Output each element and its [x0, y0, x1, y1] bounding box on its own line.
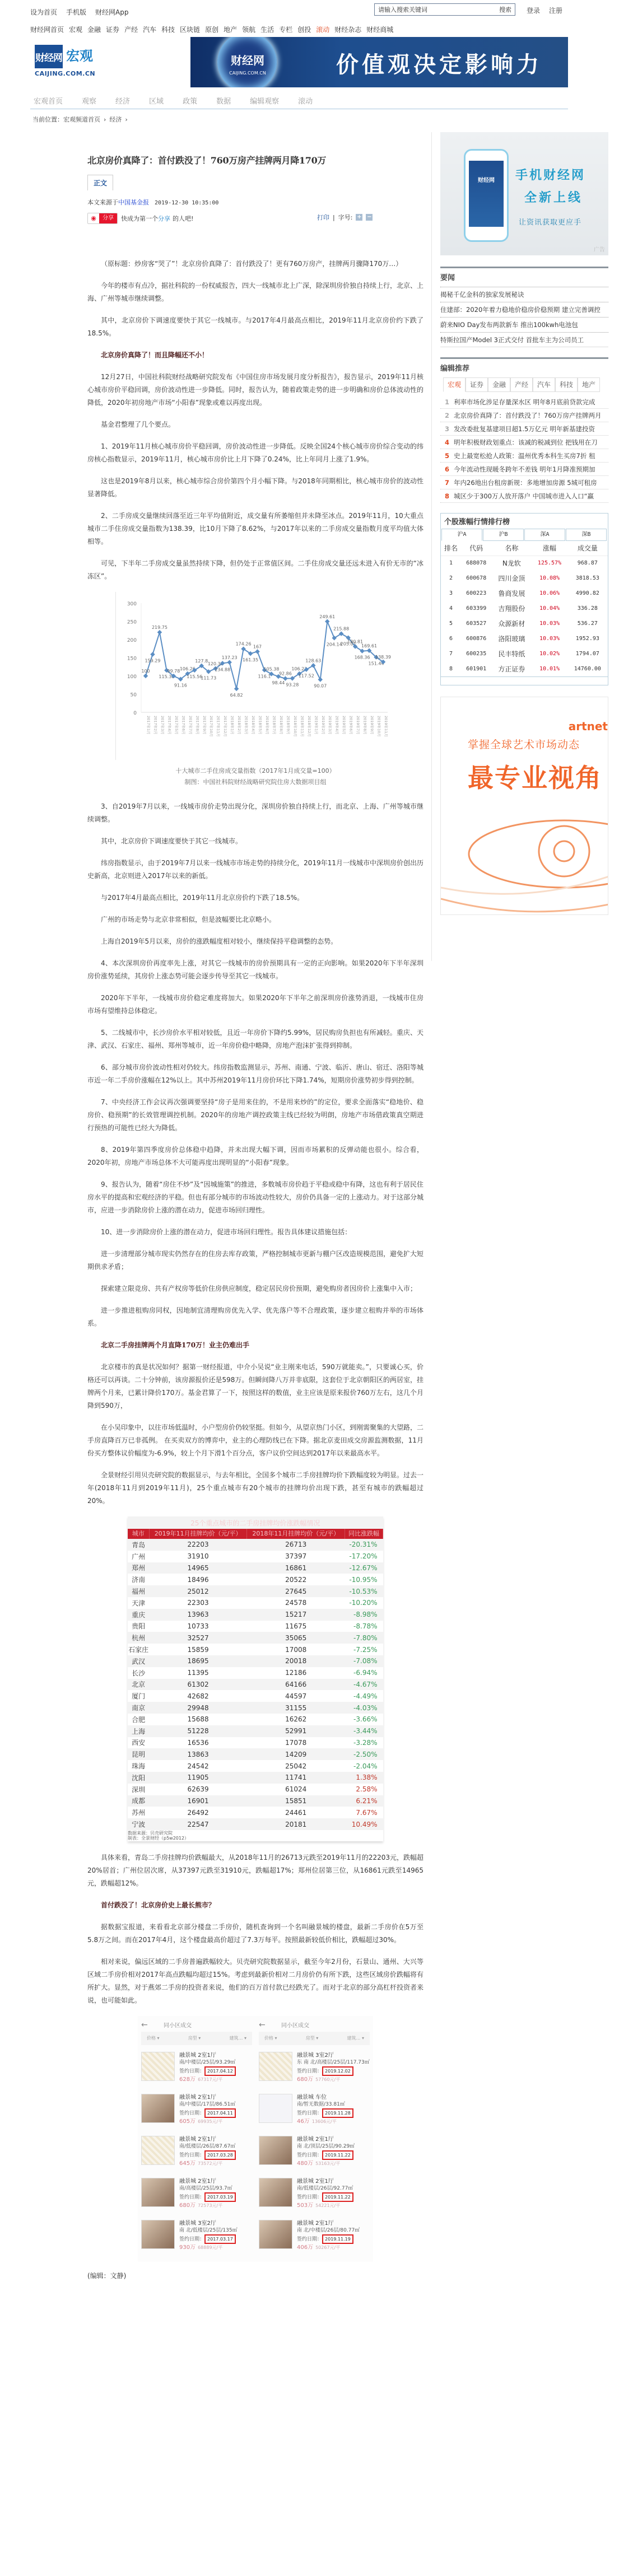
news-item[interactable]: 特斯拉国产Model 3正式交付 首批车主为公司员工: [440, 332, 608, 347]
table-cell: 天津: [128, 1597, 149, 1609]
deal-info: 融景城 2室1厅南 北/中楼层/26层/80.77㎡签约日期：2019.11.1…: [297, 2220, 360, 2252]
stock-cell: 10.01%: [532, 661, 567, 676]
paragraph: 进一步清理部分城市现实仍然存在的住房去库存政策，严格控制城市更新与棚户区改造规模…: [87, 1248, 423, 1273]
stock-row[interactable]: 6600876洛阳玻璃10.03%1952.93: [441, 631, 608, 646]
paragraph: 6、部分城市房价波动性相对仍较大。纬房指数监测显示，苏州、南通、宁波、临沂、唐山…: [87, 1061, 423, 1087]
channel-nav-item[interactable]: 编辑观察: [246, 95, 279, 106]
table-cell: 贵阳: [128, 1621, 149, 1632]
weibo-icon: ◉: [88, 213, 99, 223]
stock-cell: 7: [441, 646, 461, 661]
table-cell: 上海: [128, 1725, 149, 1737]
main-nav-item[interactable]: 区块链: [180, 25, 200, 34]
paragraph: 7、中央经济工作会议再次强调要坚持“房子是用来住的，不是用来炒的”的定位，要求全…: [87, 1096, 423, 1135]
deal-info: 融景城 2室1厅南/高楼层/25层/93.7㎡签约日期：2017.03.1968…: [179, 2178, 236, 2210]
unit-price: 68889元/平: [198, 2245, 222, 2250]
svg-text:2018年4月: 2018年4月: [251, 716, 256, 735]
rank-number: 8: [445, 489, 454, 503]
table-cell: 北京: [128, 1679, 149, 1691]
main-nav-item[interactable]: 生活: [260, 25, 274, 34]
table-row: 天津2230324578-10.20%: [128, 1597, 383, 1609]
table-cell: 11905: [149, 1772, 247, 1784]
eye-illustration: [441, 697, 608, 915]
back-arrow-icon[interactable]: ←: [141, 2020, 164, 2029]
table-row: 苏州26492244617.67%: [128, 1807, 383, 1818]
stock-row[interactable]: 5603527众源新材10.03%536.27: [441, 616, 608, 631]
total-price: 46万: [297, 2118, 310, 2125]
deal-item[interactable]: 融景城 2室1厅南/中楼层/17层/86.51㎡签约日期：2017.04.116…: [141, 2092, 252, 2134]
breadcrumb-item[interactable]: 宏观频道首页: [63, 116, 100, 123]
stock-cell: 鲁商发展: [491, 586, 532, 601]
main-nav-item[interactable]: 证券: [106, 25, 119, 34]
sign-date-label: 签约日期：: [179, 2195, 204, 2200]
svg-text:2018年11月: 2018年11月: [300, 716, 305, 737]
top-link[interactable]: 手机版: [66, 7, 86, 17]
svg-text:200: 200: [127, 638, 137, 643]
chart-credit: 制图：中国社科院财经战略研究院住房大数据项目组: [87, 777, 423, 788]
deal-item[interactable]: 融景城 2室1厅南/中楼层/25层/93.29㎡签约日期：2017.04.126…: [141, 2050, 252, 2092]
news-item[interactable]: 住建部：2020年着力稳地价稳房价稳预期 建立完善调控: [440, 302, 608, 317]
market-tab[interactable]: 深A: [524, 529, 565, 541]
line-chart: 050100150200250300100159.29219.75115.389…: [116, 592, 396, 760]
stock-cell: 601901: [461, 661, 491, 676]
breadcrumb-separator: ›: [125, 116, 127, 123]
table-row: 福州2501227645-10.53%: [128, 1585, 383, 1597]
table-cell: 32527: [149, 1632, 247, 1644]
table-cell: 郑州: [128, 1562, 149, 1574]
top-link[interactable]: 财经网App: [95, 7, 128, 17]
channel-nav-item[interactable]: 观察: [78, 95, 96, 106]
svg-text:2018年12月: 2018年12月: [307, 716, 312, 737]
total-price: 406万: [297, 2244, 313, 2251]
paragraph: 3、自2019年7月以来，一线城市房价走势出现分化，深圳房价独自持续上行，而北京…: [87, 800, 423, 826]
tab-industry[interactable]: 产经: [510, 377, 533, 392]
rank-title: 史上最宽松抢人政策：温州优秀本科生买房7折 租: [454, 452, 595, 460]
main-nav-item[interactable]: 财经网首页: [30, 25, 64, 34]
paragraph: 2020年下半年，一线城市房价稳定难度将加大。如果2020年下半年之前深圳房价涨…: [87, 992, 423, 1018]
sign-date-label: 签约日期：: [297, 2237, 322, 2242]
svg-text:115.56: 115.56: [187, 674, 202, 679]
channel-name: 宏观: [66, 45, 93, 64]
table-cell: 珠海: [128, 1760, 149, 1772]
column-header: 城市: [128, 1529, 149, 1539]
svg-text:2018年5月: 2018年5月: [258, 716, 263, 735]
main-nav-item[interactable]: 财经杂志: [334, 25, 361, 34]
channel-nav: 宏观首页观察经济区域政策数据编辑观察滚动: [30, 92, 602, 109]
table-cell: -10.95%: [345, 1574, 383, 1585]
svg-text:111.73: 111.73: [201, 675, 216, 680]
rank-title: 年内26地出台租房新规：多地增加房源 5城可租房: [454, 479, 597, 487]
channel-nav-item[interactable]: 经济: [112, 95, 130, 106]
svg-text:2017年7月: 2017年7月: [188, 716, 193, 735]
ranked-news-item[interactable]: 2北京房价真降了：首付跌没了！760万房产挂牌两月: [440, 409, 608, 422]
deal-column: ←同小区成交价格 ▾房型 ▾建筑… ▾融景城 2室1厅南/中楼层/25层/93.…: [138, 2016, 255, 2262]
unit-price: 13606元/平: [312, 2119, 337, 2124]
deal-item[interactable]: 融景城 2室1厅南/低楼层/26层/92.77㎡签约日期：2019.11.225…: [259, 2176, 370, 2218]
svg-text:174.26: 174.26: [236, 642, 252, 647]
sign-date: 2019.12.02: [322, 2066, 353, 2076]
filter-dropdown[interactable]: 建筑… ▾: [229, 2035, 246, 2041]
tab-securities[interactable]: 证券: [466, 377, 488, 392]
ranked-news-item[interactable]: 8城区少于300万人放开落户 中国城市进入人口“赢: [440, 489, 608, 503]
main-nav-item[interactable]: 滚动: [316, 25, 329, 34]
deal-item[interactable]: 融景城 2室1厅南 北/中楼层/26层/80.77㎡签约日期：2019.11.1…: [259, 2218, 370, 2260]
main-nav-item[interactable]: 汽车: [143, 25, 156, 34]
deal-item[interactable]: 融景城 3室2厅东 南 北/高楼层/25层/117.73㎡签约日期：2019.1…: [259, 2050, 370, 2092]
font-decrease-button[interactable]: −: [366, 214, 373, 221]
column-header: 代码: [461, 541, 491, 556]
listing-thumbnail: [259, 2178, 292, 2207]
tab-body[interactable]: 正文: [87, 175, 113, 190]
svg-text:50: 50: [131, 693, 137, 698]
table-cell: 厦门: [128, 1690, 149, 1702]
svg-text:2017年6月: 2017年6月: [181, 716, 186, 735]
filter-dropdown[interactable]: 房型 ▾: [306, 2035, 319, 2041]
main-nav-item[interactable]: 科技: [161, 25, 175, 34]
paragraph: 具体来看，青岛二手房挂牌均价跌幅最大，从2018年11月的26713元跌至201…: [87, 1851, 423, 1890]
table-cell: 7.67%: [345, 1807, 383, 1818]
market-tab[interactable]: 沪B: [483, 529, 524, 541]
sign-date: 2019.11.28: [322, 2108, 353, 2118]
stock-row[interactable]: 1688078N龙软125.57%968.87: [441, 556, 608, 571]
listing-thumbnail: [259, 2136, 292, 2165]
main-nav-item[interactable]: 原创: [205, 25, 218, 34]
table-cell: 18695: [149, 1655, 247, 1667]
table-cell: 12186: [247, 1667, 345, 1679]
table-cell: 济南: [128, 1574, 149, 1585]
stock-row[interactable]: 4603399吉翔股份10.04%336.28: [441, 601, 608, 616]
paragraph: 4、本次深圳房价再度率先上涨，对其它一线城市的房价预期具有一定的正向影响。如果2…: [87, 957, 423, 983]
stock-cell: 603527: [461, 616, 491, 631]
sidebar: 财经网 手机财经网 全新上线 让资讯获取更应手 广告 要闻 揭秘千亿金科的独家发…: [440, 132, 608, 915]
svg-text:2018年6月: 2018年6月: [265, 716, 270, 735]
svg-text:2017年2月: 2017年2月: [153, 716, 158, 735]
search-box[interactable]: 请输入搜索关键词 搜索: [374, 3, 515, 16]
svg-text:116.1: 116.1: [258, 674, 271, 679]
table-cell: 35065: [247, 1632, 345, 1644]
section-heading: 北京房价真降了！而且降幅还不小！: [87, 349, 423, 362]
header-banner[interactable]: 财经网 CAIJING.COM.CN 价值观决定影响力: [190, 37, 568, 87]
sign-date-label: 签约日期：: [297, 2195, 322, 2200]
sign-date-row: 签约日期：2017.04.12: [179, 2066, 236, 2076]
tab-realestate[interactable]: 地产: [578, 377, 600, 392]
table-cell: -17.20%: [345, 1551, 383, 1562]
ranked-news-item[interactable]: 7年内26地出台租房新规：多地增加房源 5城可租房: [440, 476, 608, 489]
listing-details: 东 南 北/高楼层/25层/117.73㎡: [297, 2059, 370, 2066]
publish-time: 2019-12-30 10:35:00: [155, 200, 218, 206]
paragraph: 纬房指数显示，由于2019年7月以来一线城市市场走势的持续分化，2019年11月…: [87, 857, 423, 883]
breadcrumb-item[interactable]: 经济: [109, 116, 122, 123]
price-row: 406万50267元/平: [297, 2244, 360, 2252]
svg-text:2019年4月: 2019年4月: [335, 716, 340, 735]
table-cell: 22547: [149, 1818, 247, 1830]
price-row: 480万53163元/平: [297, 2160, 355, 2168]
total-price: 680万: [179, 2202, 196, 2209]
table-cell: 26713: [247, 1539, 345, 1551]
channel-nav-item[interactable]: 宏观首页: [30, 95, 63, 106]
listing-name: 融景城 车位: [297, 2094, 353, 2101]
back-arrow-icon[interactable]: ←: [259, 2020, 281, 2029]
unit-price: 53163元/平: [315, 2161, 340, 2166]
news-item[interactable]: 揭秘千亿金科的独家发展秘诀: [440, 287, 608, 302]
search-input[interactable]: 请输入搜索关键词: [378, 5, 427, 14]
svg-text:98.44: 98.44: [272, 680, 285, 685]
table-row: 广州3191037397-17.20%: [128, 1551, 383, 1562]
divider: [30, 109, 568, 109]
price-row: 930万68889元/平: [179, 2244, 238, 2252]
table-cell: 14965: [149, 1562, 247, 1574]
deal-info: 融景城 2室1厅南 北/顶层/25层/90.29㎡签约日期：2019.11.22…: [297, 2136, 355, 2168]
tab-auto[interactable]: 汽车: [533, 377, 555, 392]
sign-date-row: 签约日期：2019.11.19: [297, 2234, 360, 2244]
register-link[interactable]: 注册: [549, 6, 562, 15]
table-row: 郑州1496516861-12.67%: [128, 1562, 383, 1574]
sign-date-label: 签约日期：: [179, 2153, 204, 2158]
table-cell: -3.44%: [345, 1725, 383, 1737]
paragraph: 12月27日，中国社科院财经战略研究院发布《中国住房市场发展月度分析报告》，报告…: [87, 371, 423, 409]
price-row: 680万72573元/平: [179, 2202, 236, 2210]
listing-thumbnail: [259, 2220, 292, 2249]
main-nav-item[interactable]: 创投: [297, 25, 311, 34]
svg-text:215.88: 215.88: [333, 627, 349, 632]
market-tab[interactable]: 沪A: [441, 529, 482, 541]
ranked-news-item[interactable]: 6今年流动性现暖冬跨年不差钱 明年1月降准预期加: [440, 463, 608, 476]
section-title: 编辑推荐: [440, 359, 608, 377]
share-prompt: 快成为第一个: [121, 214, 158, 223]
stock-cell: 536.27: [567, 616, 608, 631]
weibo-share-button[interactable]: ◉ 分享: [87, 213, 118, 224]
site-logo[interactable]: 财经网: [35, 45, 63, 68]
svg-text:137.23: 137.23: [222, 655, 238, 660]
table-row: 武汉1869520018-7.08%: [128, 1655, 383, 1667]
rank-number: 4: [445, 436, 454, 449]
svg-text:91.16: 91.16: [174, 683, 187, 688]
listing-name: 融景城 3室2厅: [179, 2220, 238, 2227]
svg-text:2018年9月: 2018年9月: [286, 716, 291, 735]
channel-nav-item[interactable]: 滚动: [295, 95, 313, 106]
stock-cell: 方正证券: [491, 661, 532, 676]
table-cell: -4.49%: [345, 1690, 383, 1702]
listing-thumbnail: [141, 2052, 175, 2081]
article-tools: 打印 | 字号: + −: [317, 213, 373, 222]
column-header: 排名: [441, 541, 461, 556]
artnet-ad[interactable]: artnet 掌握全球艺术市场动态 最专业视角: [440, 697, 608, 915]
svg-text:300: 300: [127, 601, 137, 607]
column-header: 名称: [491, 541, 532, 556]
filter-dropdown[interactable]: 价格 ▾: [147, 2035, 160, 2041]
stock-row[interactable]: 3600223鲁商发展10.06%4990.82: [441, 586, 608, 601]
editor-credit: (编辑：文静): [87, 2271, 423, 2280]
ranked-news-item[interactable]: 5史上最宽松抢人政策：温州优秀本科生买房7折 租: [440, 449, 608, 463]
table-cell: 16861: [247, 1562, 345, 1574]
ranked-news-item[interactable]: 1利率市场化涉足存量深水区 明年8月底前贷款完成: [440, 395, 608, 409]
main-nav-item[interactable]: 财经商城: [366, 25, 393, 34]
table-row: 南京2994831155-4.03%: [128, 1702, 383, 1714]
svg-text:2019年1月: 2019年1月: [314, 716, 319, 735]
top-news: 要闻 揭秘千亿金科的独家发展秘诀住建部：2020年着力稳地价稳房价稳预期 建立完…: [440, 267, 608, 347]
main-nav-item[interactable]: 地产: [224, 25, 237, 34]
source-link[interactable]: 中国基金报: [118, 199, 149, 206]
table-cell: -3.66%: [345, 1714, 383, 1725]
stock-cell: 8: [441, 661, 461, 676]
table-cell: -12.67%: [345, 1562, 383, 1574]
svg-text:2018年8月: 2018年8月: [279, 716, 284, 735]
top-link[interactable]: 设为首页: [30, 7, 57, 17]
svg-text:2017年12月: 2017年12月: [223, 716, 228, 737]
filter-dropdown[interactable]: 建筑… ▾: [347, 2035, 364, 2041]
svg-text:2018年1月: 2018年1月: [230, 716, 235, 735]
phone-screen: 财经网: [469, 161, 504, 227]
svg-text:168.36: 168.36: [355, 655, 370, 660]
share-row: ◉ 分享 快成为第一个分享的人吧!: [87, 213, 193, 224]
main-nav-item[interactable]: 领航: [242, 25, 255, 34]
table-cell: 13963: [149, 1609, 247, 1621]
table-cell: 6.21%: [345, 1795, 383, 1807]
filter-dropdown[interactable]: 房型 ▾: [188, 2035, 201, 2041]
paragraph: 2、二手房成交量继续回落至近三年平均值附近，成交量有所萎缩但并未降至冰点。201…: [87, 510, 423, 548]
table-cell: 南京: [128, 1702, 149, 1714]
stock-cell: 2: [441, 571, 461, 586]
sign-date-row: 签约日期：2019.11.22: [297, 2192, 353, 2202]
login-link[interactable]: 登录: [527, 6, 540, 15]
total-price: 645万: [179, 2160, 196, 2167]
ranked-news-item[interactable]: 3发改委批复基建项目超1.5万亿元 明年新基建投资: [440, 422, 608, 436]
stock-cell: 336.28: [567, 601, 608, 616]
stock-cell: 968.87: [567, 556, 608, 571]
column-header: 成交量: [567, 541, 608, 556]
tab-finance[interactable]: 金融: [488, 377, 510, 392]
svg-text:150: 150: [127, 656, 137, 662]
svg-text:2017年11月: 2017年11月: [216, 716, 221, 737]
table-row: 沈阳11905117411.38%: [128, 1772, 383, 1784]
total-price: 605万: [179, 2118, 196, 2125]
svg-text:2019年7月: 2019年7月: [356, 716, 361, 735]
rank-number: 3: [445, 422, 454, 436]
deal-item[interactable]: 融景城 车位南/暂无数据/33.81㎡签约日期：2019.11.2846万136…: [259, 2092, 370, 2134]
editor-picks: 编辑推荐 宏观证券金融产经汽车科技地产 1利率市场化涉足存量深水区 明年8月底前…: [440, 357, 608, 503]
table-cell: -7.08%: [345, 1655, 383, 1667]
table-cell: 14209: [247, 1748, 345, 1760]
listing-thumbnail: [259, 2052, 292, 2081]
table-cell: 62639: [149, 1784, 247, 1795]
table-cell: 11741: [247, 1772, 345, 1784]
price-row: 605万69935元/平: [179, 2118, 236, 2126]
rank-number: 2: [445, 409, 454, 422]
channel-nav-item[interactable]: 数据: [213, 95, 231, 106]
deal-item[interactable]: 融景城 2室1厅南 北/顶层/25层/90.29㎡签约日期：2019.11.22…: [259, 2134, 370, 2176]
tab-macro[interactable]: 宏观: [443, 377, 466, 392]
stock-row[interactable]: 8601901方正证券10.01%14760.00: [441, 661, 608, 676]
channel-nav-item[interactable]: 政策: [179, 95, 197, 106]
main-nav-item[interactable]: 宏观: [69, 25, 82, 34]
deal-item[interactable]: 融景城 2室1厅南/低楼层/26层/87.67㎡签约日期：2017.03.286…: [141, 2134, 252, 2176]
deal-info: 融景城 2室1厅南/中楼层/25层/93.29㎡签约日期：2017.04.126…: [179, 2052, 236, 2084]
phone-illustration: 财经网: [464, 149, 509, 242]
site-url: CAIJING.COM.CN: [35, 70, 95, 77]
deal-info: 融景城 车位南/暂无数据/33.81㎡签约日期：2019.11.2846万136…: [297, 2094, 353, 2126]
search-button[interactable]: 搜索: [499, 5, 511, 14]
column-header: 涨幅: [532, 541, 567, 556]
table-cell: 20522: [247, 1574, 345, 1585]
font-increase-button[interactable]: +: [356, 214, 362, 221]
breadcrumb: 当前位置：宏观频道首页›经济›: [32, 115, 131, 124]
ranked-news-item[interactable]: 4明年积极财政划重点：该减的税减到位 把钱用在刀: [440, 436, 608, 449]
banner-url: CAIJING.COM.CN: [225, 71, 270, 76]
svg-text:105.38: 105.38: [263, 667, 279, 672]
svg-text:250: 250: [127, 620, 137, 626]
table-row: 贵阳1073311675-8.78%: [128, 1621, 383, 1632]
deal-item[interactable]: 融景城 3室2厅南 北/低楼层/25层/135㎡签约日期：2017.03.179…: [141, 2218, 252, 2260]
deal-info: 融景城 2室1厅南/低楼层/26层/87.67㎡签约日期：2017.03.286…: [179, 2136, 236, 2168]
listing-thumbnail: [141, 2220, 175, 2249]
rank-title: 发改委批复基建项目超1.5万亿元 明年新基建投资: [454, 425, 595, 433]
svg-text:2017年9月: 2017年9月: [202, 716, 207, 735]
tab-tech[interactable]: 科技: [555, 377, 578, 392]
table-cell: -6.94%: [345, 1667, 383, 1679]
app-ad[interactable]: 财经网 手机财经网 全新上线 让资讯获取更应手 广告: [440, 132, 608, 255]
main-nav-item[interactable]: 产经: [124, 25, 138, 34]
price-row: 680万57760元/平: [297, 2076, 370, 2084]
stock-cell: 10.08%: [532, 571, 567, 586]
table-cell: -2.04%: [345, 1760, 383, 1772]
table-row: 济南1849620522-10.95%: [128, 1574, 383, 1585]
top-links: 设为首页手机版财经网App: [30, 4, 602, 19]
stock-cell: 1: [441, 556, 461, 571]
svg-text:2017年4月: 2017年4月: [167, 716, 172, 735]
svg-text:2018年7月: 2018年7月: [272, 716, 277, 735]
main-nav-item[interactable]: 专栏: [279, 25, 292, 34]
table-row: 北京6130264166-4.67%: [128, 1679, 383, 1691]
sign-date-label: 签约日期：: [297, 2111, 322, 2116]
sign-date-row: 签约日期：2017.04.11: [179, 2108, 236, 2118]
sign-date-row: 签约日期：2019.11.28: [297, 2108, 353, 2118]
sign-date: 2017.04.12: [204, 2066, 236, 2076]
market-tab[interactable]: 深B: [566, 529, 607, 541]
deal-info: 融景城 2室1厅南/中楼层/17层/86.51㎡签约日期：2017.04.116…: [179, 2094, 236, 2126]
table-row: 青岛2220326713-20.31%: [128, 1539, 383, 1551]
price-row: 46万13606元/平: [297, 2118, 353, 2126]
deal-item[interactable]: 融景城 2室1厅南/高楼层/25层/93.7㎡签约日期：2017.03.1968…: [141, 2176, 252, 2218]
section-title: 要闻: [440, 268, 608, 287]
table-cell: 11675: [247, 1621, 345, 1632]
svg-text:2017年5月: 2017年5月: [174, 716, 179, 735]
svg-text:2019年8月: 2019年8月: [363, 716, 368, 735]
listing-details: 南 北/顶层/25层/90.29㎡: [297, 2143, 355, 2150]
deal-records: ←同小区成交价格 ▾房型 ▾建筑… ▾融景城 2室1厅南/中楼层/25层/93.…: [138, 2016, 373, 2262]
svg-text:159.29: 159.29: [145, 658, 160, 663]
svg-text:2017年10月: 2017年10月: [209, 716, 214, 737]
table-cell: 西安: [128, 1737, 149, 1749]
table-cell: -4.03%: [345, 1702, 383, 1714]
news-item[interactable]: 蔚来NIO Day发布两款新车 推出100kwh电池包: [440, 317, 608, 332]
paragraph: 这也是2019年8月以来，核心城市综合房价第四个月小幅下降。与2018年同期相比…: [87, 475, 423, 501]
print-link[interactable]: 打印: [317, 213, 329, 222]
share-link[interactable]: 分享: [158, 214, 170, 223]
table-cell: 福州: [128, 1585, 149, 1597]
channel-nav-item[interactable]: 区域: [146, 95, 164, 106]
table-cell: 61024: [247, 1784, 345, 1795]
ad-label: 广告: [594, 245, 605, 253]
stock-cell: 1794.07: [567, 646, 608, 661]
stock-row[interactable]: 7600235民丰特纸10.02%1794.07: [441, 646, 608, 661]
table-cell: 15688: [149, 1714, 247, 1725]
main-nav-item[interactable]: 金融: [87, 25, 101, 34]
deal-header-title: 同小区成交: [164, 2020, 192, 2029]
filter-dropdown[interactable]: 价格 ▾: [264, 2035, 277, 2041]
stock-row[interactable]: 2600678四川金顶10.08%3818.53: [441, 571, 608, 586]
share-prompt-end: 的人吧!: [173, 214, 193, 223]
sign-date-row: 签约日期：2017.03.17: [179, 2234, 238, 2244]
paragraph: 5、二线城市中，长沙房价水平相对较低，且近一年房价下降约5.99%，居民购房负担…: [87, 1026, 423, 1052]
